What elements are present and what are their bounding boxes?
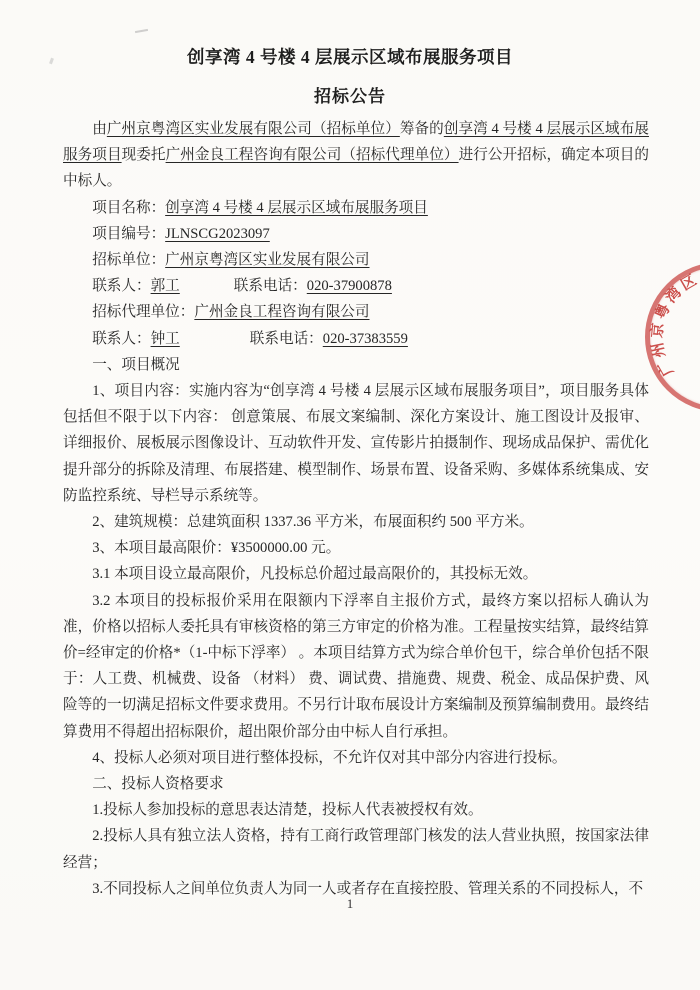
field-row-contact-2: 联系人：钟工联系电话：020-37383559 (63, 326, 649, 352)
paragraph-whole-bid-rule: 4、投标人必须对项目进行整体投标，不允许仅对其中部分内容进行投标。 (63, 745, 649, 771)
scanned-document-page: 创享湾 4 号楼 4 层展示区域布展服务项目 招标公告 由广州京粤湾区实业发展有… (0, 0, 700, 990)
plain-text: 筹备的 (400, 121, 444, 137)
spacer (180, 342, 250, 343)
paragraph-price-limit-rule: 3.1 本项目设立最高限价，凡投标总价超过最高限价的，其投标无效。 (63, 561, 649, 587)
field-label: 联系电话： (234, 278, 307, 294)
field-label: 项目名称： (92, 200, 165, 216)
field-value: 钟工 (151, 331, 180, 347)
plain-text: 现委托 (122, 147, 166, 163)
paragraph-quotation-method: 3.2 本项目的投标报价采用在限额内下浮率自主报价方式，最终方案以招标人确认为准… (63, 588, 649, 745)
field-value: 郭工 (151, 278, 180, 294)
paragraph-qualification-1: 1.投标人参加投标的意思表达清楚，投标人代表被授权有效。 (63, 797, 649, 823)
field-label: 项目编号： (92, 226, 165, 242)
document-title: 创享湾 4 号楼 4 层展示区域布展服务项目 (0, 44, 700, 69)
plain-text: 由 (92, 121, 107, 137)
document-subtitle: 招标公告 (0, 82, 700, 107)
field-label: 招标单位： (92, 252, 165, 268)
field-row-project-number: 项目编号：JLNSCG2023097 (63, 221, 649, 247)
field-value: 020-37900878 (307, 278, 392, 294)
underlined-text: 广州金良工程咨询有限公司（招标代理单位） (166, 147, 459, 163)
field-value: JLNSCG2023097 (165, 226, 270, 242)
field-value: 广州京粤湾区实业发展有限公司 (165, 252, 369, 268)
paragraph-building-scale: 2、建筑规模：总建筑面积 1337.36 平方米，布展面积约 500 平方米。 (63, 509, 649, 535)
paragraph-price-limit: 3、本项目最高限价：¥3500000.00 元。 (63, 535, 649, 561)
scan-speck (135, 29, 148, 33)
field-row-project-name: 项目名称：创享湾 4 号楼 4 层展示区域布展服务项目 (63, 195, 649, 221)
spacer (180, 289, 234, 290)
field-row-contact-1: 联系人：郭工联系电话：020-37900878 (63, 273, 649, 299)
document-body: 由广州京粤湾区实业发展有限公司（招标单位）筹备的创享湾 4 号楼 4 层展示区域… (63, 116, 649, 902)
section-heading-overview: 一、项目概况 (63, 352, 649, 378)
seal-char: 州 (647, 338, 671, 362)
field-label: 招标代理单位： (92, 304, 194, 320)
field-row-agency-unit: 招标代理单位：广州金良工程咨询有限公司 (63, 299, 649, 325)
paragraph-qualification-2: 2.投标人具有独立法人资格，持有工商行政管理部门核发的法人营业执照，按国家法律经… (63, 823, 649, 875)
underlined-text: 广州京粤湾区实业发展有限公司（招标单位） (107, 121, 400, 137)
field-value: 广州金良工程咨询有限公司 (194, 304, 369, 320)
field-label: 联系电话： (250, 331, 323, 347)
intro-paragraph: 由广州京粤湾区实业发展有限公司（招标单位）筹备的创享湾 4 号楼 4 层展示区域… (63, 116, 649, 195)
page-number: 1 (0, 896, 700, 912)
company-seal: 广州京粤湾区 (645, 262, 700, 412)
field-row-tender-unit: 招标单位：广州京粤湾区实业发展有限公司 (63, 247, 649, 273)
field-label: 联系人： (92, 278, 150, 294)
field-label: 联系人： (92, 331, 150, 347)
field-value: 020-37383559 (323, 331, 408, 347)
paragraph-project-content: 1、项目内容：实施内容为“创享湾 4 号楼 4 层展示区域布展服务项目”，项目服… (63, 378, 649, 509)
section-heading-qualification: 二、投标人资格要求 (63, 771, 649, 797)
field-value: 创享湾 4 号楼 4 层展示区域布展服务项目 (165, 200, 428, 216)
